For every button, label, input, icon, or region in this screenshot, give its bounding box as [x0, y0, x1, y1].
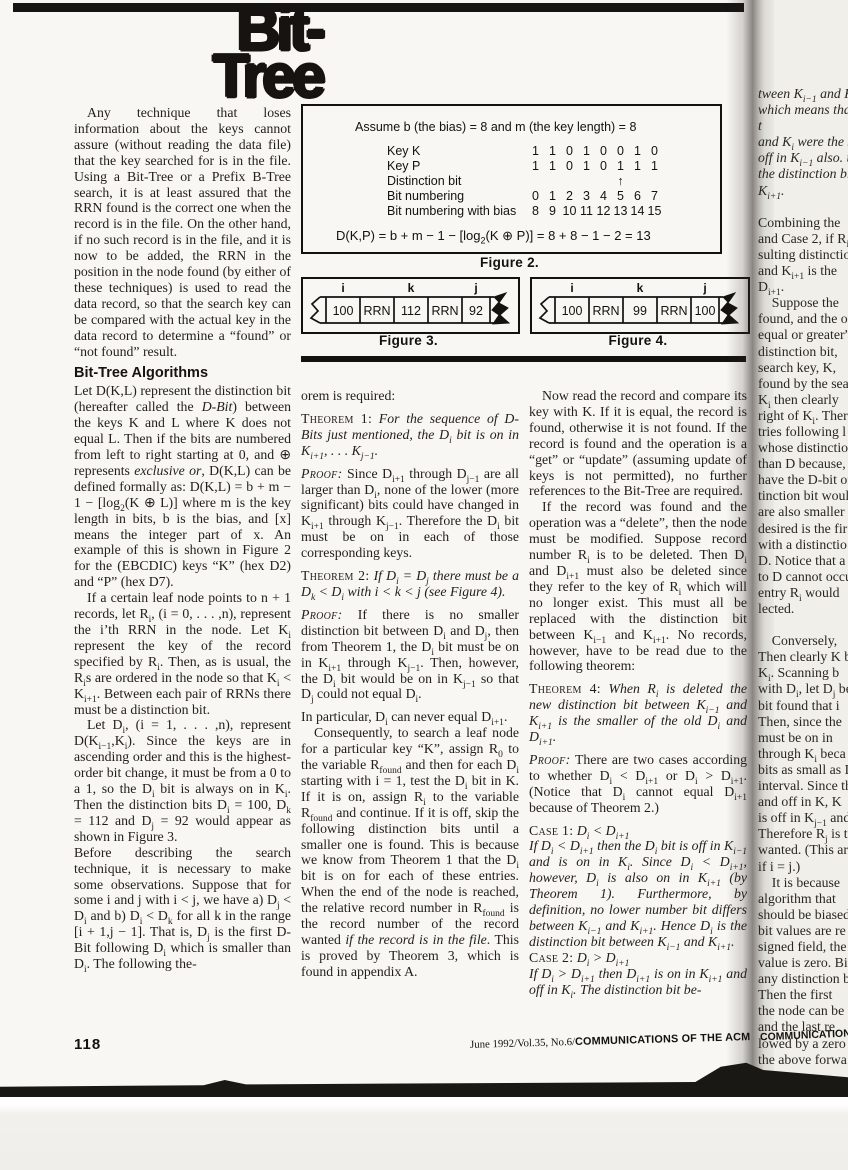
body-paragraph: If a certain leaf node points to n + 1 r…: [74, 590, 291, 717]
case-1-body: If Di < Di+1 then the Di bit is off in K…: [529, 838, 747, 949]
title-line-2: Tree: [50, 53, 322, 100]
svg-text:92: 92: [469, 304, 483, 318]
figure3-caption: Figure 3.: [301, 333, 516, 348]
figure2-row-key-p: Key P11010111: [387, 159, 720, 174]
figure2-box: Assume b (the bias) = 8 and m (the key l…: [301, 104, 722, 254]
figure2-row-key-k: Key K11010010: [387, 144, 720, 159]
proof-theorem-2: Proof: If there is no smaller distinctio…: [301, 607, 519, 702]
figure2-row-distinction-bit: Distinction bit↑: [387, 174, 720, 189]
body-paragraph: If the record was found and the operatio…: [529, 499, 747, 674]
body-paragraph: In particular, Di can never equal Di+1.: [301, 709, 519, 725]
figure3-box: i k j 100 RRN 112 RRN 92: [301, 277, 520, 334]
column-right: Now read the record and compare its key …: [529, 388, 747, 998]
svg-text:100: 100: [332, 304, 353, 318]
article-title-logo: Bit- Tree: [50, 6, 322, 100]
proof-theorem-4: Proof: There are two cases according to …: [529, 752, 747, 816]
svg-text:RRN: RRN: [592, 304, 619, 318]
theorem-2: Theorem 2: If Di = Dj there must be a Dk…: [301, 568, 519, 600]
body-paragraph: Let Di, (i = 1, . . . ,n), represent D(K…: [74, 717, 291, 844]
distinction-arrow-icon: ↑: [612, 174, 629, 189]
svg-text:i: i: [570, 281, 573, 295]
section-divider-rule: [301, 356, 746, 362]
svg-text:100: 100: [562, 304, 583, 318]
theorem-1: Theorem 1: For the sequence of D-Bits ju…: [301, 411, 519, 459]
svg-text:RRN: RRN: [660, 304, 687, 318]
figure2-row-bit-numbering-bias: Bit numbering with bias89101112131415: [387, 204, 720, 219]
svg-text:RRN: RRN: [431, 304, 458, 318]
figure2-assumption: Assume b (the bias) = 8 and m (the key l…: [355, 120, 720, 134]
torn-edge-left-icon: [540, 297, 549, 323]
torn-edge-right-icon: [492, 293, 509, 324]
figure4-caption: Figure 4.: [530, 333, 746, 348]
column-left: Any technique that loses information abo…: [74, 105, 291, 972]
svg-text:j: j: [702, 281, 706, 295]
svg-text:99: 99: [633, 304, 647, 318]
node-strip-figure4: i k j 100 RRN 99 RRN 100: [535, 280, 745, 329]
node-strip-figure3: i k j 100 RRN 112 RRN 92: [306, 280, 516, 329]
svg-text:RRN: RRN: [363, 304, 390, 318]
body-paragraph: Let D(K,L) represent the distinction bit…: [74, 383, 291, 590]
body-paragraph: orem is required:: [301, 388, 519, 404]
svg-text:j: j: [473, 281, 477, 295]
figure2-formula: D(K,P) = b + m − 1 − [log2(K ⊕ P)] = 8 +…: [336, 228, 720, 244]
svg-text:100: 100: [695, 304, 716, 318]
figure2-row-bit-numbering: Bit numbering01234567: [387, 189, 720, 204]
scanned-magazine-page: Bit- Tree Assume b (the bias) = 8 and m …: [0, 0, 848, 1170]
body-paragraph: Any technique that loses information abo…: [74, 105, 291, 360]
figure2-caption: Figure 2.: [301, 255, 718, 270]
section-heading-bit-tree-algorithms: Bit-Tree Algorithms: [74, 366, 291, 382]
figure4-box: i k j 100 RRN 99 RRN 100: [530, 277, 750, 334]
svg-text:112: 112: [401, 304, 421, 318]
column-middle: orem is required: Theorem 1: For the seq…: [301, 388, 519, 980]
scanner-background: [0, 1097, 848, 1170]
svg-text:i: i: [341, 281, 344, 295]
body-paragraph: Now read the record and compare its key …: [529, 388, 747, 499]
body-paragraph: Consequently, to search a leaf node for …: [301, 725, 519, 980]
case-1-heading: Case 1: Di < Di+1: [529, 823, 747, 839]
theorem-4: Theorem 4: When Ri is deleted the new di…: [529, 681, 747, 745]
page-number: 118: [74, 1036, 101, 1053]
svg-text:k: k: [637, 281, 644, 295]
svg-text:k: k: [407, 281, 414, 295]
torn-edge-left-icon: [311, 297, 320, 323]
case-2-heading: Case 2: Di > Di+1: [529, 950, 747, 966]
case-2-body: If Di > Di+1 then Di+1 is on in Ki+1 and…: [529, 966, 747, 998]
body-paragraph: Before describing the search technique, …: [74, 845, 291, 972]
proof-theorem-1: Proof: Since Di+1 through Dj−1 are all l…: [301, 466, 519, 561]
